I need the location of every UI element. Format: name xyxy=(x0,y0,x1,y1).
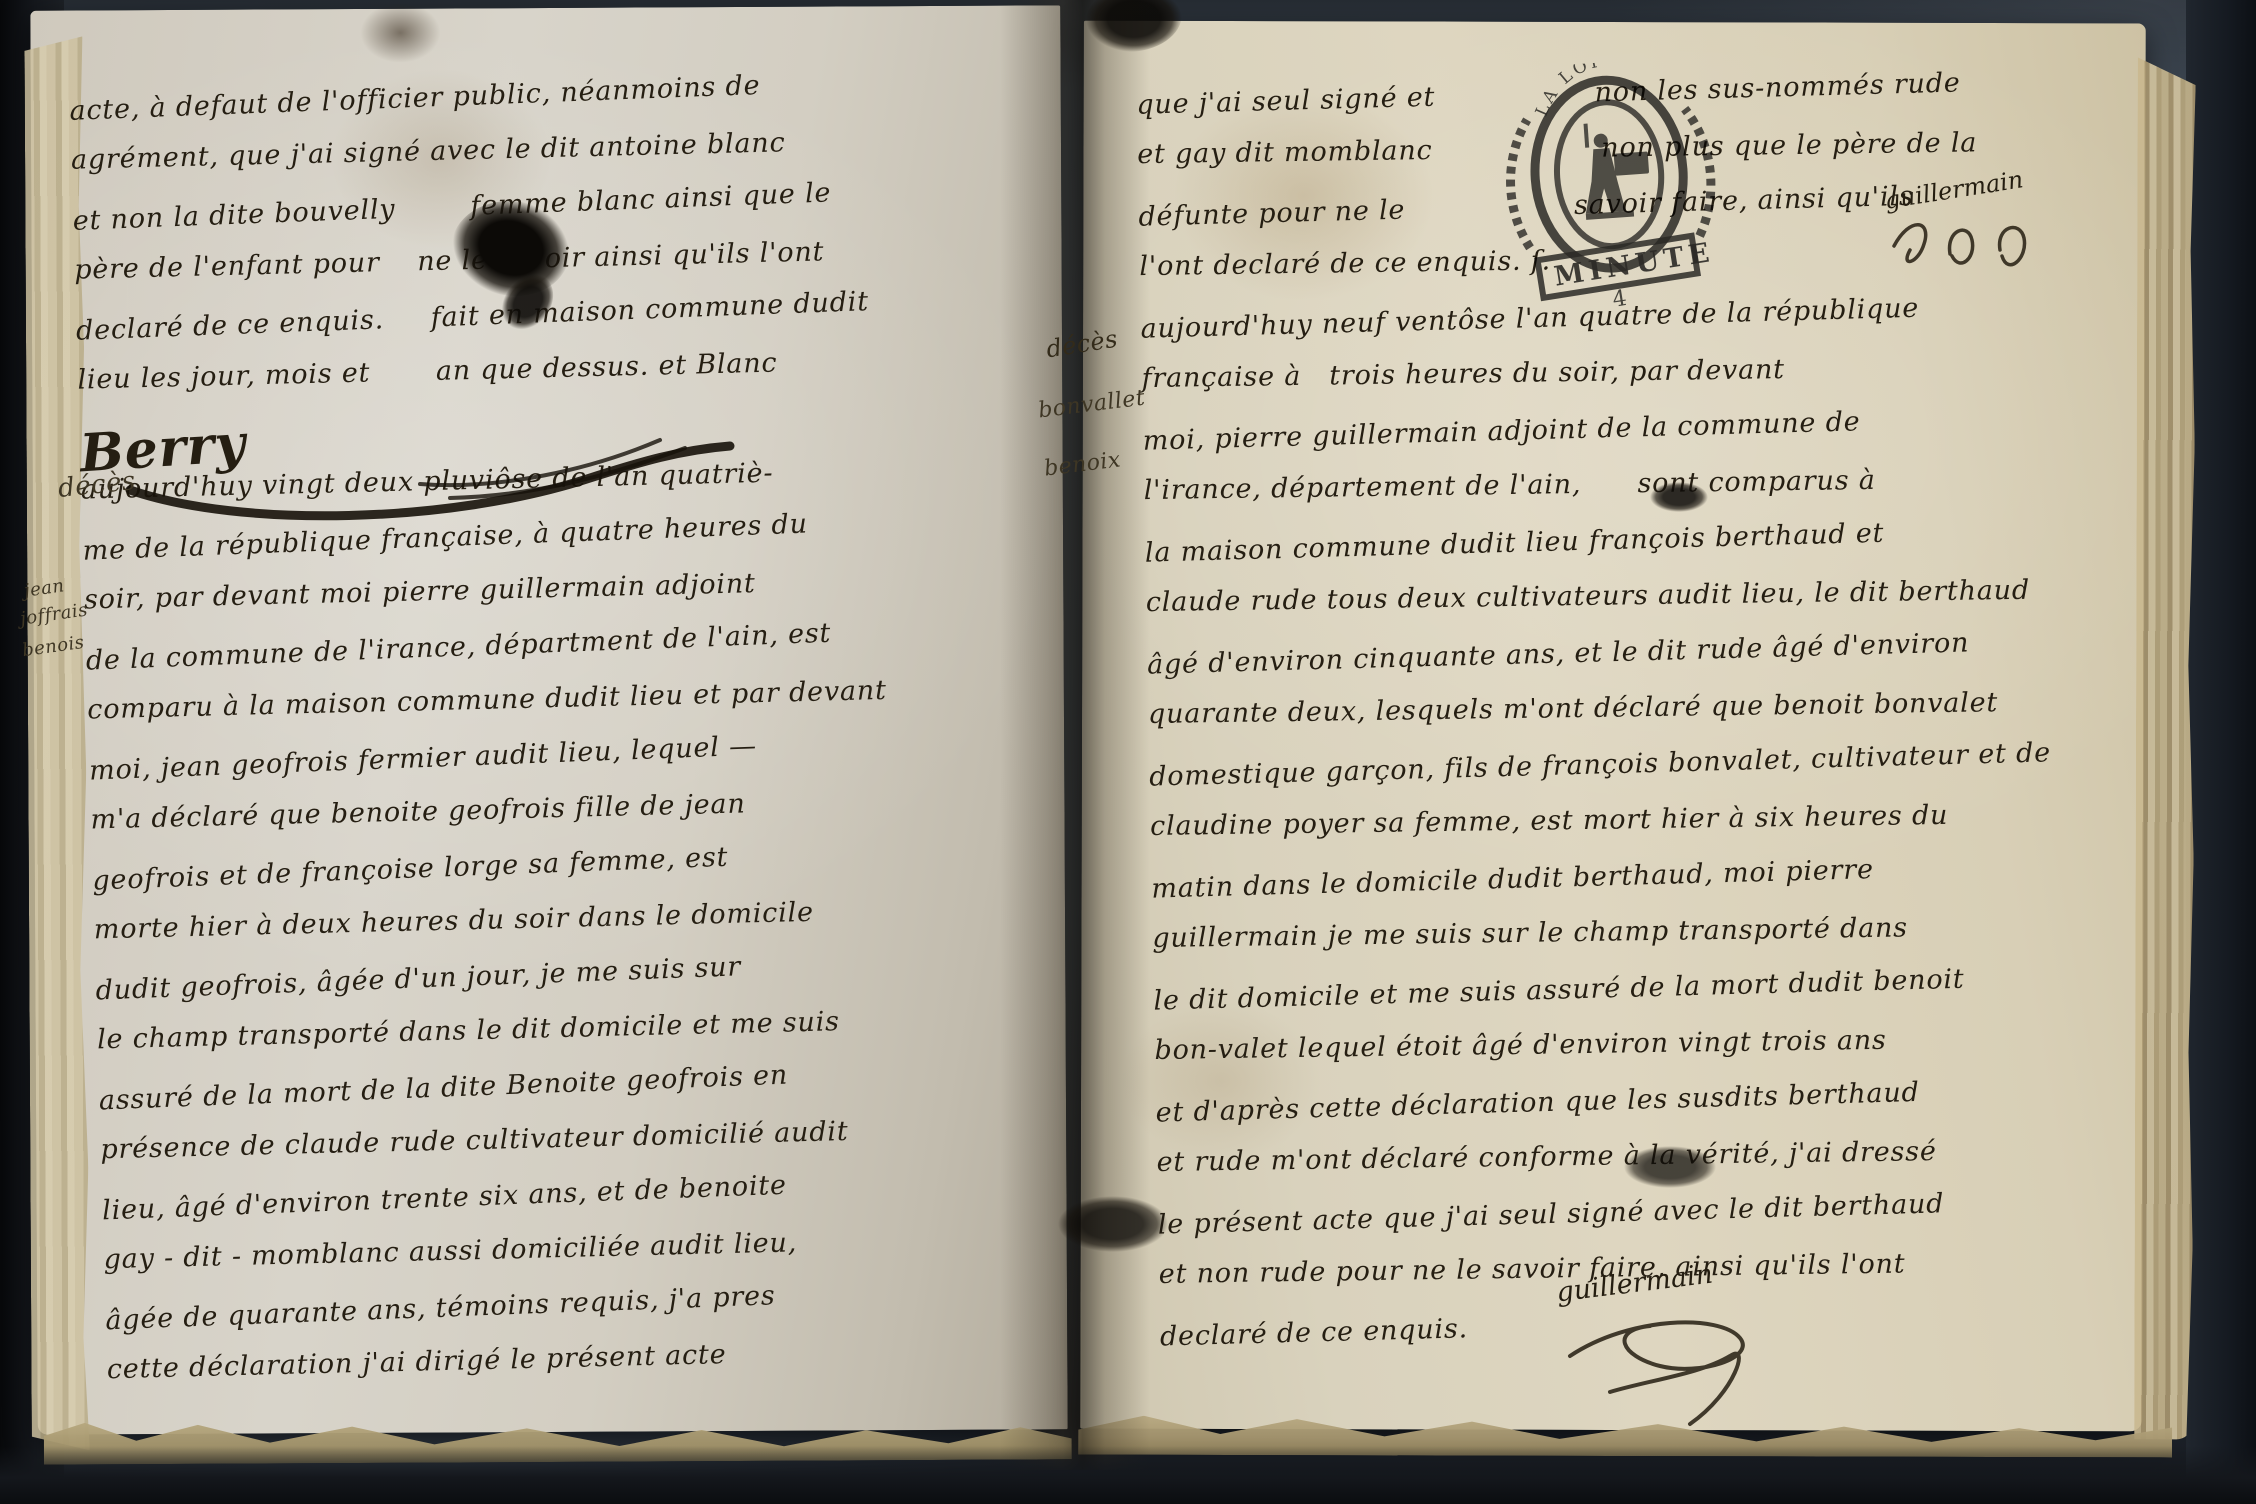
stamp-number: 4 xyxy=(1611,286,1629,313)
seated-law-figure xyxy=(1580,120,1653,220)
notary-minute-stamp: LA LOI MINUTE 4 xyxy=(1484,54,1741,320)
book-cover-bottom-edge xyxy=(0,1446,2256,1504)
berry-signature-flourish xyxy=(120,420,760,530)
signature-paraph-bottom xyxy=(1540,1296,1800,1436)
book-cover-right xyxy=(2186,0,2256,1504)
ink-smudge xyxy=(360,3,440,63)
signature-paraph-top xyxy=(1880,206,2060,286)
ink-scribble xyxy=(1650,482,1708,512)
overwritten-word-blot xyxy=(1058,1196,1168,1252)
